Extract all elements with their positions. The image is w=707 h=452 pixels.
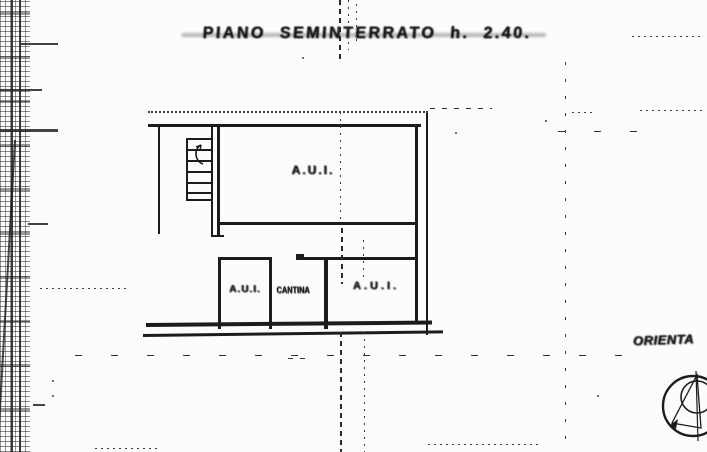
scan-artifact-vline (348, 0, 349, 50)
wall-right-outer (426, 113, 428, 335)
scan-artifact-hline (28, 223, 48, 225)
room-label-cantina: CANTINA (271, 285, 315, 295)
scan-artifact-hline (428, 444, 538, 445)
scan-speck (52, 395, 54, 397)
room-label-lower-left: A.U.I. (221, 284, 269, 295)
scan-artifact-hline (40, 288, 126, 289)
scan-speck (302, 57, 304, 59)
scan-artifact-hline (0, 89, 42, 91)
stair-wall-end-cap (211, 235, 224, 237)
scan-artifact-hline (632, 36, 704, 37)
orientation-label: ORIENTA (633, 331, 707, 350)
stair-tread (188, 182, 212, 184)
scan-artifact-hline (558, 131, 666, 132)
scan-speck (455, 132, 457, 134)
scan-artifact-vline (364, 332, 365, 452)
outer-guide-line-top (148, 111, 428, 113)
scan-artifact-vline (340, 332, 342, 452)
stair-tread (188, 171, 212, 173)
room-label-upper: A.U.I. (280, 163, 346, 177)
wall-bottom-outer (143, 330, 443, 337)
scan-artifact-hline (0, 129, 58, 132)
scan-artifact-hline (430, 108, 492, 109)
scan-artifact-hline (572, 112, 592, 113)
scan-artifact-hline (288, 358, 308, 359)
scan-artifact-vline (565, 62, 566, 452)
scan-artifact-vline (340, 112, 341, 224)
scan-speck (52, 380, 54, 382)
scan-artifact-vline (356, 4, 357, 42)
wall-lower-rooms-top (296, 257, 417, 260)
stair-wall-line-b (217, 124, 220, 237)
stair-direction-arrow-icon (188, 140, 210, 168)
scan-artifact-vline (339, 0, 341, 62)
scan-binding-hatch (0, 0, 30, 452)
scan-artifact-vline (363, 240, 364, 278)
scan-artifact-hline (75, 355, 640, 356)
plan-title: PIANO SEMINTERRATO h. 2.40. (177, 20, 557, 47)
wall-left-outer (158, 126, 160, 234)
stair-tread (188, 192, 212, 194)
compass-icon (661, 367, 707, 452)
room-label-lower-right: A.U.I. (338, 280, 414, 292)
scan-speck (597, 395, 599, 397)
binding-rule-line (11, 0, 13, 452)
scan-artifact-hline (33, 404, 45, 406)
wall-lower-left-room-top (218, 257, 272, 260)
scan-artifact-hline (640, 110, 706, 111)
wall-cantina-right (324, 259, 328, 329)
wall-top (148, 124, 421, 127)
scan-artifact-hline (20, 43, 58, 45)
wall-bottom-main (146, 321, 432, 327)
scan-artifact-hline (95, 448, 161, 449)
scanned-floor-plan-page: PIANO SEMINTERRATO h. 2.40. A.U.I. A.U.I… (0, 0, 707, 452)
scan-artifact-vline (341, 228, 343, 284)
wall-upper-room-bottom (220, 222, 416, 225)
scan-speck (545, 120, 547, 122)
binding-rule-line (19, 0, 21, 452)
